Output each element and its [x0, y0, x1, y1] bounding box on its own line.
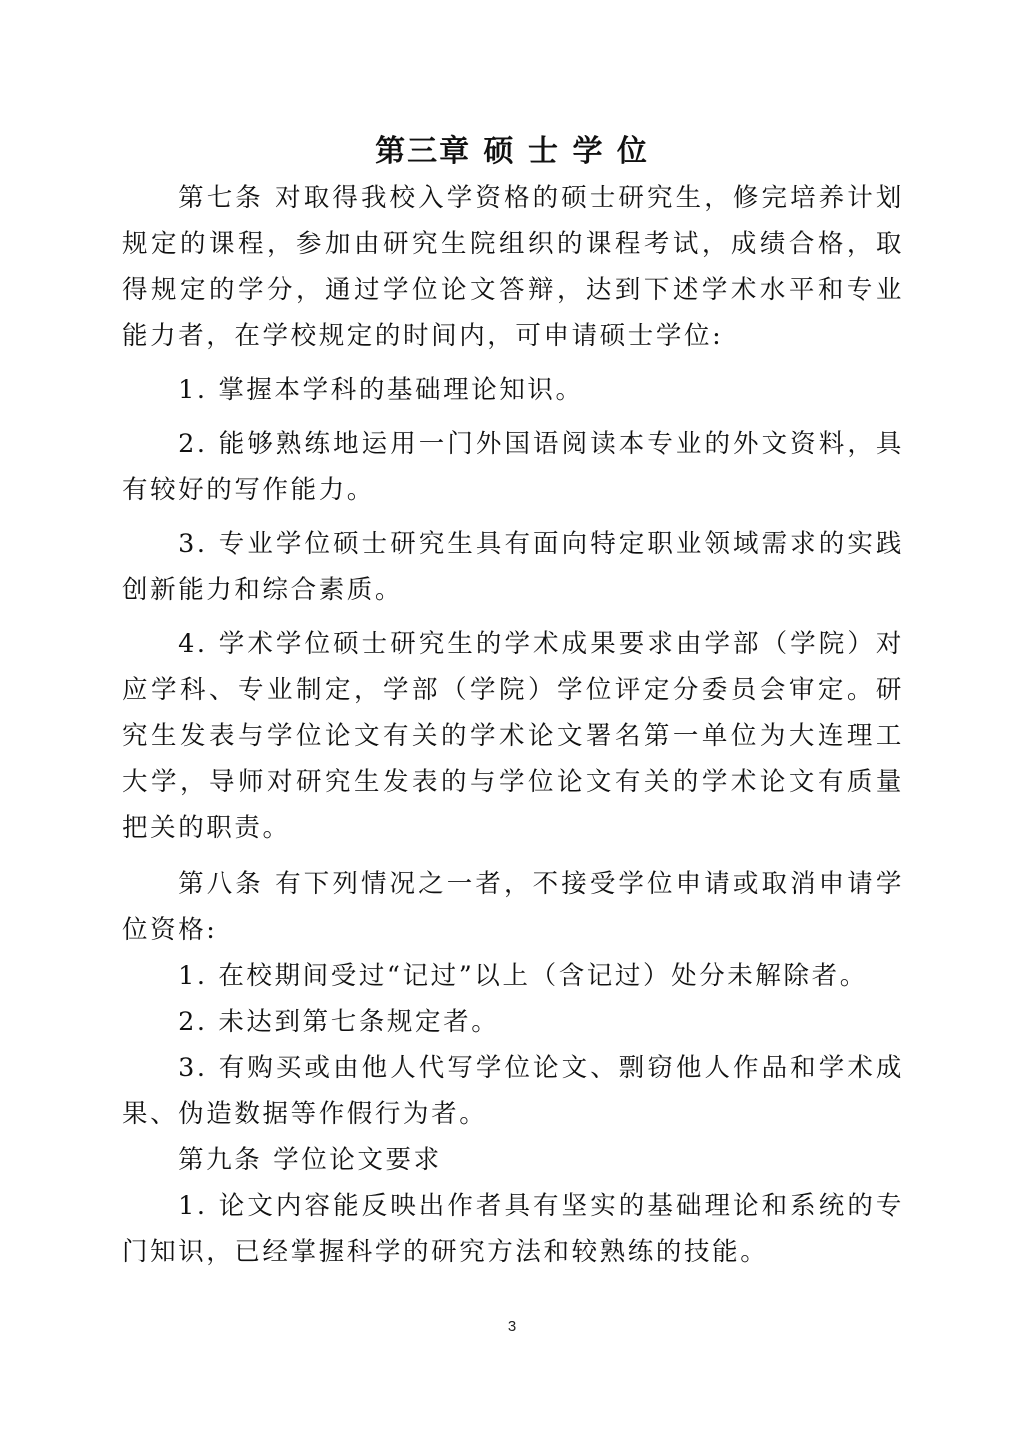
page-number: 3 [0, 1318, 1024, 1335]
document-page: 第三章 硕 士 学 位 第七条 对取得我校入学资格的硕士研究生，修完培养计划规定… [0, 0, 1024, 1446]
article-9-item-1: 1. 论文内容能反映出作者具有坚实的基础理论和系统的专门知识，已经掌握科学的研究… [122, 1183, 904, 1275]
article-7-paragraph: 第七条 对取得我校入学资格的硕士研究生，修完培养计划规定的课程，参加由研究生院组… [122, 175, 904, 359]
article-8-item-3: 3. 有购买或由他人代写学位论文、剽窃他人作品和学术成果、伪造数据等作假行为者。 [122, 1045, 904, 1137]
chapter-title: 第三章 硕 士 学 位 [0, 130, 1024, 174]
article-8-item-1: 1. 在校期间受过“记过”以上（含记过）处分未解除者。 [122, 953, 904, 999]
article-7-item-1: 1. 掌握本学科的基础理论知识。 [122, 367, 904, 413]
article-7-item-3: 3. 专业学位硕士研究生具有面向特定职业领域需求的实践创新能力和综合素质。 [122, 521, 904, 613]
article-7-item-2: 2. 能够熟练地运用一门外国语阅读本专业的外文资料，具有较好的写作能力。 [122, 421, 904, 513]
article-8-item-2: 2. 未达到第七条规定者。 [122, 999, 904, 1045]
article-7-item-4: 4. 学术学位硕士研究生的学术成果要求由学部（学院）对应学科、专业制定，学部（学… [122, 621, 904, 851]
document-body: 第七条 对取得我校入学资格的硕士研究生，修完培养计划规定的课程，参加由研究生院组… [122, 175, 904, 1275]
article-8-paragraph: 第八条 有下列情况之一者，不接受学位申请或取消申请学位资格: [122, 861, 904, 953]
article-9-heading: 第九条 学位论文要求 [122, 1137, 904, 1183]
